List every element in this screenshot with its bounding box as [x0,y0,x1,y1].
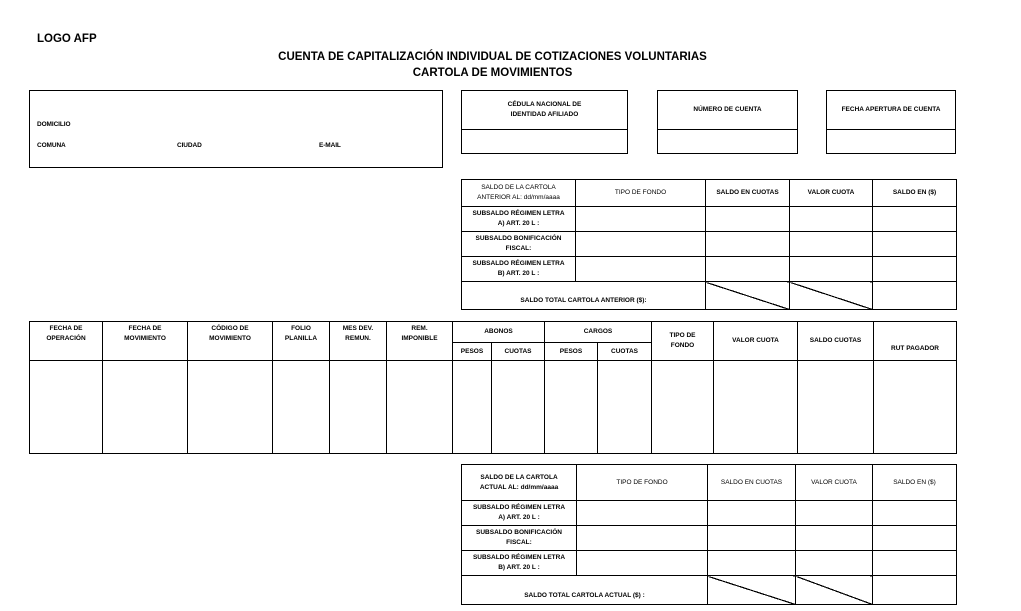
cell [652,361,714,454]
col-abonos-pesos: PESOS [453,343,492,361]
cell [714,361,798,454]
total-actual-value [873,576,957,605]
saldo-actual-table: SALDO DE LA CARTOLAACTUAL AL: dd/mm/aaaa… [461,464,957,605]
row-label-regimen-b: SUBSALDO RÉGIMEN LETRAB) ART. 20 L : [462,257,576,282]
cedula-value [462,130,627,153]
cell [576,207,706,232]
affiliate-address-box: DOMICILIO COMUNA CIUDAD E-MAIL [29,90,443,168]
total-actual-label: SALDO TOTAL CARTOLA ACTUAL ($) : [462,576,708,605]
col-saldo-pesos: SALDO EN ($) [873,465,957,501]
document-title: CUENTA DE CAPITALIZACIÓN INDIVIDUAL DE C… [200,51,785,63]
saldo-actual-header: SALDO DE LA CARTOLAACTUAL AL: dd/mm/aaaa [462,465,577,501]
cell [873,551,957,576]
cell [387,361,453,454]
cell [273,361,330,454]
row-label-bonificacion: SUBSALDO BONIFICACIÓNFISCAL: [462,232,576,257]
cell [796,501,873,526]
cell [790,257,873,282]
col-abonos-cuotas: CUOTAS [492,343,545,361]
cell [874,361,957,454]
cell [790,207,873,232]
col-rut-pagador: RUT PAGADOR [874,322,957,361]
cell [790,232,873,257]
col-abonos: ABONOS [453,322,545,343]
crossed-cell [790,282,873,310]
fecha-apertura-value [827,130,955,153]
cell [576,257,706,282]
cell [577,501,708,526]
cell [796,526,873,551]
col-saldo-cuotas: SALDO EN CUOTAS [706,180,790,207]
cell [330,361,387,454]
cell [708,501,796,526]
col-fecha-movimiento: FECHA DEMOVIMIENTO [103,322,188,361]
email-label: E-MAIL [319,142,341,149]
col-saldo-pesos: SALDO EN ($) [873,180,957,207]
ciudad-label: CIUDAD [177,142,202,149]
col-tipo-fondo: TIPO DE FONDO [576,180,706,207]
cell [873,232,957,257]
row-label-regimen-a: SUBSALDO RÉGIMEN LETRAA) ART. 20 L : [462,207,576,232]
cell [708,526,796,551]
saldo-anterior-table: SALDO DE LA CARTOLAANTERIOR AL: dd/mm/aa… [461,179,957,310]
cell [598,361,652,454]
col-codigo-movimiento: CÓDIGO DEMOVIMIENTO [188,322,273,361]
cell [30,361,103,454]
cedula-label: CÉDULA NACIONAL DEIDENTIDAD AFILIADO [462,91,627,130]
col-folio-planilla: FOLIOPLANILLA [273,322,330,361]
cell [453,361,492,454]
cell [708,551,796,576]
comuna-label: COMUNA [37,142,66,149]
afp-logo-placeholder: LOGO AFP [37,33,97,45]
document-subtitle: CARTOLA DE MOVIMIENTOS [200,67,785,79]
row-label-bonificacion: SUBSALDO BONIFICACIÓNFISCAL: [462,526,577,551]
domicilio-label: DOMICILIO [37,121,70,128]
cell [706,207,790,232]
table-row [30,361,957,454]
col-tipo-fondo: TIPO DEFONDO [652,322,714,361]
col-tipo-fondo: TIPO DE FONDO [577,465,708,501]
movements-table: FECHA DEOPERACIÓN FECHA DEMOVIMIENTO CÓD… [29,321,957,454]
col-valor-cuota: VALOR CUOTA [796,465,873,501]
numero-cuenta-box: NÚMERO DE CUENTA [657,90,798,154]
cell [706,232,790,257]
cell [873,257,957,282]
crossed-cell [796,576,873,605]
cell [188,361,273,454]
cell [873,501,957,526]
cedula-box: CÉDULA NACIONAL DEIDENTIDAD AFILIADO [461,90,628,154]
total-anterior-label: SALDO TOTAL CARTOLA ANTERIOR ($): [462,282,706,310]
cell [103,361,188,454]
col-valor-cuota: VALOR CUOTA [790,180,873,207]
numero-cuenta-label: NÚMERO DE CUENTA [658,91,797,130]
cell [545,361,598,454]
row-label-regimen-a: SUBSALDO RÉGIMEN LETRAA) ART. 20 L : [462,501,577,526]
col-mes-dev-remun: MES DEV.REMUN. [330,322,387,361]
cell [492,361,545,454]
col-valor-cuota: VALOR CUOTA [714,322,798,361]
col-fecha-operacion: FECHA DEOPERACIÓN [30,322,103,361]
col-cargos-cuotas: CUOTAS [598,343,652,361]
saldo-anterior-header: SALDO DE LA CARTOLAANTERIOR AL: dd/mm/aa… [462,180,576,207]
col-saldo-cuotas: SALDO EN CUOTAS [708,465,796,501]
col-rem-imponible: REM.IMPONIBLE [387,322,453,361]
col-saldo-cuotas: SALDO CUOTAS [798,322,874,361]
cell [577,526,708,551]
col-cargos-pesos: PESOS [545,343,598,361]
total-anterior-value [873,282,957,310]
cell [796,551,873,576]
fecha-apertura-box: FECHA APERTURA DE CUENTA [826,90,956,154]
col-cargos: CARGOS [545,322,652,343]
numero-cuenta-value [658,130,797,153]
cell [706,257,790,282]
crossed-cell [706,282,790,310]
row-label-regimen-b: SUBSALDO RÉGIMEN LETRAB) ART. 20 L : [462,551,577,576]
cell [798,361,874,454]
cell [873,207,957,232]
cell [577,551,708,576]
crossed-cell [708,576,796,605]
fecha-apertura-label: FECHA APERTURA DE CUENTA [827,91,955,130]
cell [873,526,957,551]
cell [576,232,706,257]
